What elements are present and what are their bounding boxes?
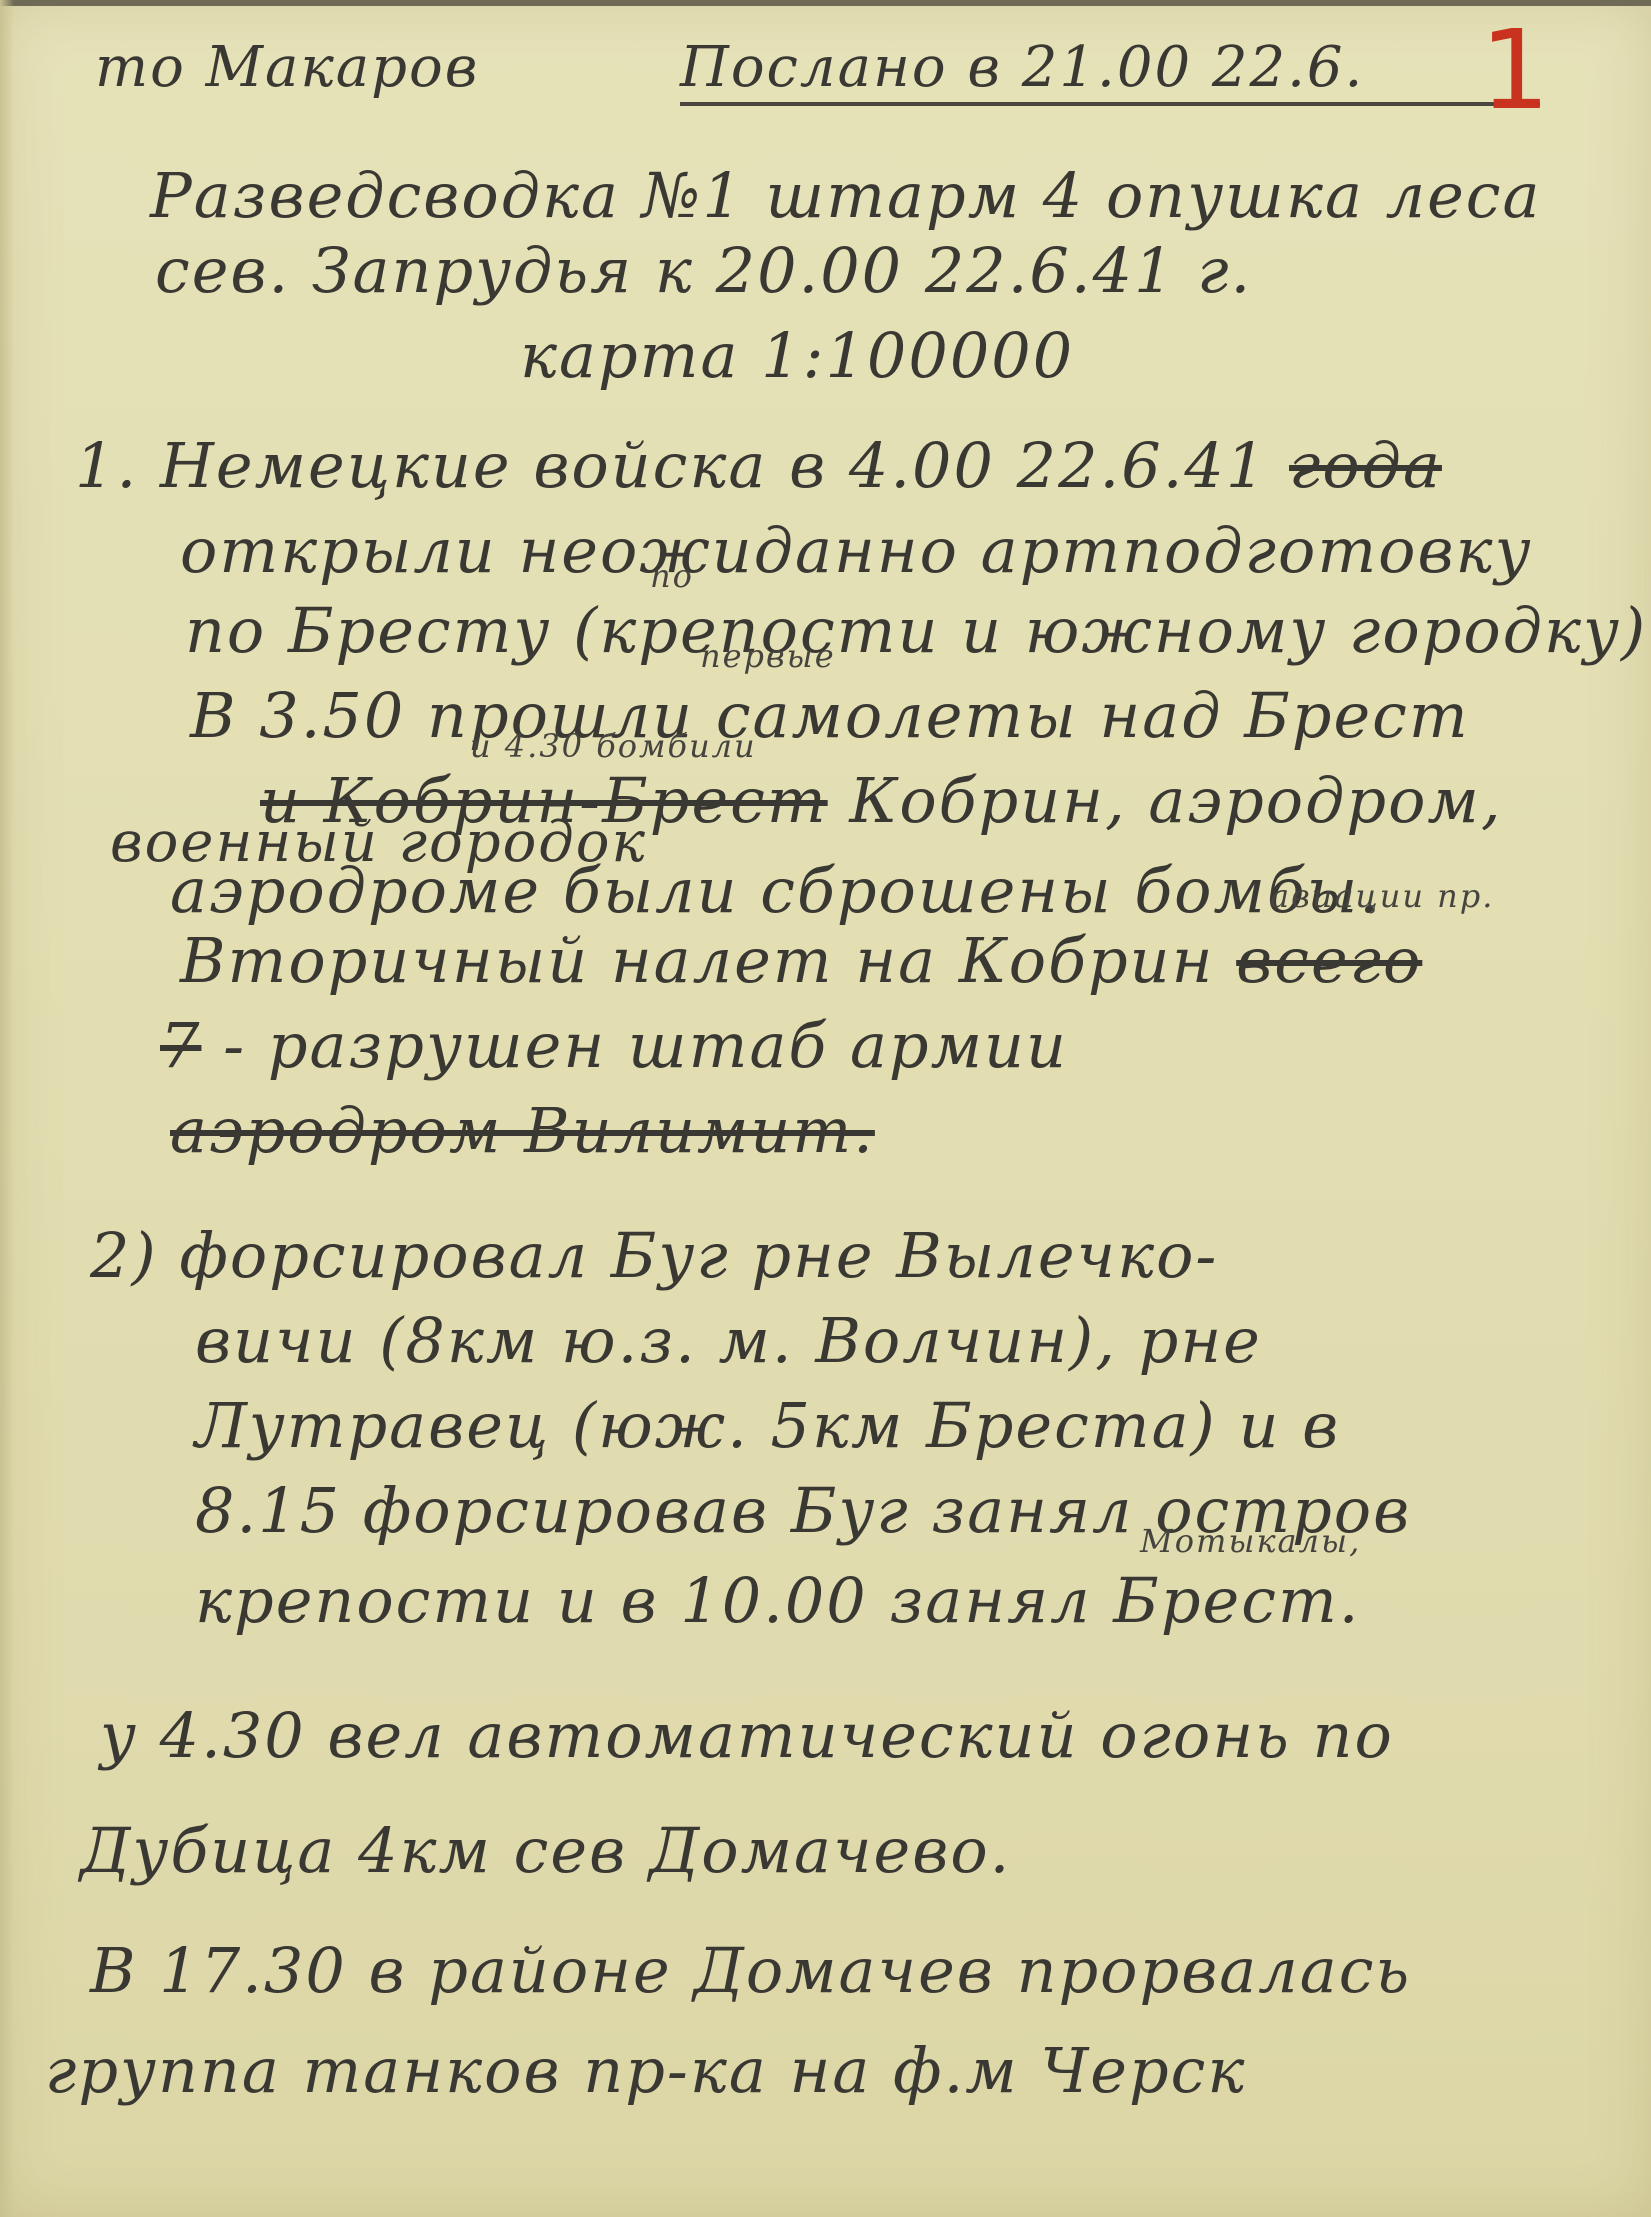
page-top-edge	[0, 0, 1651, 6]
body-line-4: В 3.50 прошли самолеты над Брест	[190, 685, 1470, 747]
title-line-2: сев. Запрудья к 20.00 22.6.41 г.	[155, 240, 1252, 302]
body-line-19: группа танков пр-ка на ф.м Черск	[45, 2040, 1246, 2102]
body-line-12: вичи (8км ю.з. м. Волчин), рне	[195, 1310, 1262, 1372]
insert-po: по	[650, 560, 694, 592]
document-page: то Макаров Послано в 21.00 22.6. 1 Разве…	[0, 0, 1651, 2217]
body-line-11: 2) форсировал Буг рне Вылечко-	[90, 1225, 1218, 1287]
addressee: то Макаров	[95, 40, 479, 96]
insert-pervye: первые	[700, 640, 836, 672]
insert-motykaly: Мотыкалы,	[1140, 1525, 1361, 1557]
body-line-17: Дубица 4км сев Домачево.	[80, 1820, 1011, 1882]
body-line-10: аэродром Вилимит.	[170, 1100, 875, 1162]
body-line-8: Вторичный налет на Кобрин всего	[180, 930, 1422, 992]
page-number: 1	[1480, 15, 1550, 125]
body-line-9: 7 - разрушен штаб армии	[160, 1015, 1068, 1077]
body-line-2: открыли неожиданно артподготовку	[180, 520, 1533, 582]
body-line-15: крепости и в 10.00 занял Брест.	[195, 1570, 1360, 1632]
body-line-1: 1. Немецкие войска в 4.00 22.6.41 года	[75, 435, 1442, 497]
body-line-3: по Бресту (крепости и южному городку).	[185, 600, 1651, 662]
title-line-1: Разведсводка №1 штарм 4 опушка леса	[150, 165, 1541, 227]
insert-aviatsii: авиации пр.	[1270, 880, 1494, 912]
sent-note: Послано в 21.00 22.6.	[680, 40, 1540, 106]
body-line-7: аэродроме были сброшены бомбы.	[170, 860, 1381, 922]
title-line-3: карта 1:100000	[520, 325, 1074, 387]
insert-i-430-bombili: и 4.30 бомбили	[470, 730, 757, 762]
body-line-13: Лутравец (юж. 5км Бреста) и в	[195, 1395, 1340, 1457]
body-line-18: В 17.30 в районе Домачев прорвалась	[90, 1940, 1411, 2002]
body-line-16: у 4.30 вел автоматический огонь по	[100, 1705, 1394, 1767]
page-left-edge	[0, 0, 14, 2217]
